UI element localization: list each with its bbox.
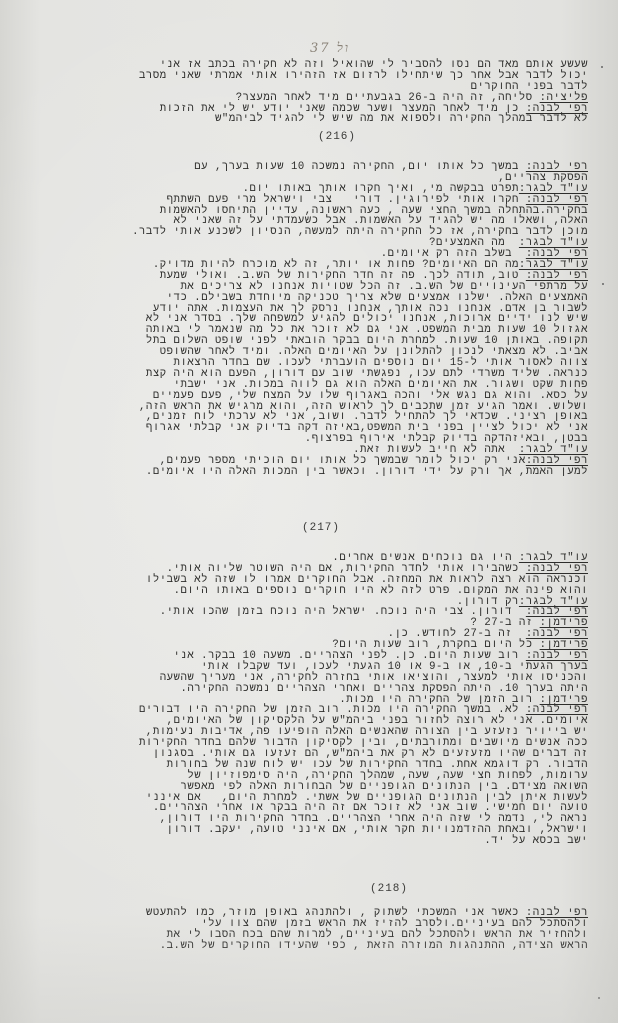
- line-text: ישב בכסא על יד.: [484, 835, 588, 847]
- line-text: הראש הצידה, ההתנהגות המוזרה הזאת , כפי ש…: [160, 940, 588, 952]
- scan-speck: [602, 283, 604, 285]
- transcript-section-217: רפי לבנה: במשך כל אותו יום, החקירה נמשכה…: [132, 162, 588, 478]
- page-number-216: (216): [318, 131, 356, 143]
- page-number-217: (217): [302, 522, 340, 534]
- handwritten-page-mark: 37 ול: [310, 40, 350, 56]
- transcript-line: לא לדבר במהלך החקירה ולספוא את מה שיש לי…: [139, 114, 588, 125]
- line-text: למען האמת, אך ורק על ידי דורון. וכאשר בי…: [146, 466, 588, 478]
- page-number-218: (218): [370, 883, 408, 895]
- transcript-line: למען האמת, אך ורק על ידי דורון. וכאשר בי…: [132, 467, 588, 478]
- transcript-section-216: שעשע אותם מאד הם נסו להסביר לי שהואיל וז…: [139, 60, 588, 125]
- line-text: במשך כל אותו יום, החקירה נמשכה 10 שעות ב…: [194, 161, 526, 173]
- transcript-line: ישב בכסא על יד.: [139, 836, 588, 847]
- scan-speck: [598, 997, 600, 999]
- transcript-line: הראש הצידה, ההתנהגות המוזרה הזאת , כפי ש…: [146, 941, 588, 952]
- transcript-section-218: עו"ד לבגר: היו גם נוכחים אנשים אחרים.רפי…: [139, 553, 588, 847]
- scan-speck: [601, 66, 603, 68]
- scanned-document-page: 37 ול שעשע אותם מאד הם נסו להסביר לי שהו…: [0, 0, 618, 1023]
- transcript-section-219: רפי לבנה: כאשר אני המשכתי לשתוק , ולהתנה…: [146, 908, 588, 952]
- line-text: לא לדבר במהלך החקירה ולספוא את מה שיש לי…: [215, 113, 588, 125]
